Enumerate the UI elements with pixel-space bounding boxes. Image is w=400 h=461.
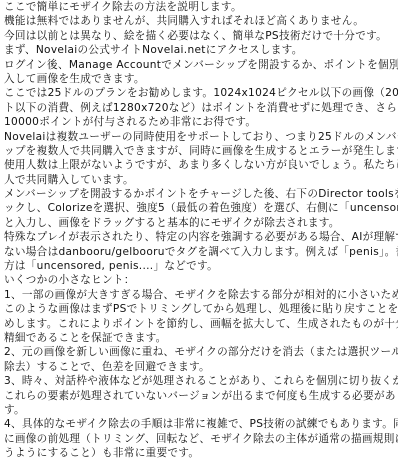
text-line: 特殊なプレイが表示されたり、特定の内容を強調する必要がある場合、AIが理解でき xyxy=(4,230,398,244)
text-line: これらの要素が処理されていないバージョンが出るまで何度も生成する必要がありま xyxy=(4,389,398,400)
text-line: ログイン後、Manage Accountでメンバーシップを開設するか、ポイントを… xyxy=(4,58,398,72)
text-line: ップを複数人で共同購入できますが、同時に画像を生成するとエラーが発生します。 xyxy=(4,144,398,158)
text-line: 3、時々、対話枠や液体などが処理されることがあり、これらを個別に切り抜くか、 xyxy=(4,374,398,388)
text-line: ここでは25ドルのプランをお勧めします。1024x1024ピクセル以下の画像（2… xyxy=(4,86,398,100)
text-line: めします。これによりポイントを節約し、画幅を拡大して、生成されたものが十分に xyxy=(4,317,398,331)
text-line: 精細であることを保証できます。 xyxy=(4,331,398,345)
text-line: 人で共同購入しています。 xyxy=(4,173,398,187)
text-line: メンバーシップを開設するかポイントをチャージした後、右下のDirector to… xyxy=(4,187,398,201)
text-line: 方は「uncensored, penis....」などです。 xyxy=(4,259,398,273)
text-line: ックし、Colorizeを選択、強度5（最低の着色強度）を選び、右側に「unce… xyxy=(4,201,398,215)
document-body: ここで簡単にモザイク除去の方法を説明します。 機能は無料ではありませんが、共同購… xyxy=(4,0,398,400)
text-line: と入力し、画像をドラッグすると基本的にモザイクが除去されます。 xyxy=(4,216,398,230)
text-line: ない場合はdanbooru/gelbooruでタグを調べて入力します。例えば「p… xyxy=(4,245,398,259)
text-line: 今回は以前とは異なり、絵を描く必要はなく、簡単なPS技術だけで十分です。 xyxy=(4,29,398,43)
text-line: 除去）することで、色差を回避できます。 xyxy=(4,360,398,374)
text-line: 1、一部の画像が大きすぎる場合、モザイクを除去する部分が相対的に小さいため、 xyxy=(4,288,398,302)
text-line: 機能は無料ではありませんが、共同購入すればそれほど高くありません。 xyxy=(4,14,398,28)
text-line: 10000ポイントが付与されるため非常にお得です。 xyxy=(4,115,398,129)
text-line: 2、元の画像を新しい画像に重ね、モザイクの部分だけを消去（または選択ツールで xyxy=(4,345,398,359)
text-line: まず、Novelaiの公式サイトNovelai.netにアクセスします。 xyxy=(4,43,398,57)
text-line: このような画像はまずPSでトリミングしてから処理し、処理後に貼り戻すことをお勧 xyxy=(4,302,398,316)
text-line: Novelaiは複数ユーザーの同時使用をサポートしており、つまり25ドルのメンバ… xyxy=(4,130,398,144)
text-line: 使用人数は上限がないようですが、あまり多くしない方が良いでしょう。私たちは17 xyxy=(4,158,398,172)
text-line: ト以下の消費、例えば1280x720など）はポイントを消費せずに処理でき、さらに xyxy=(4,101,398,115)
text-line: いくつかの小さなヒント： xyxy=(4,273,398,287)
text-line: ここで簡単にモザイク除去の方法を説明します。 xyxy=(4,0,398,14)
text-line: 入して画像を生成できます。 xyxy=(4,72,398,86)
